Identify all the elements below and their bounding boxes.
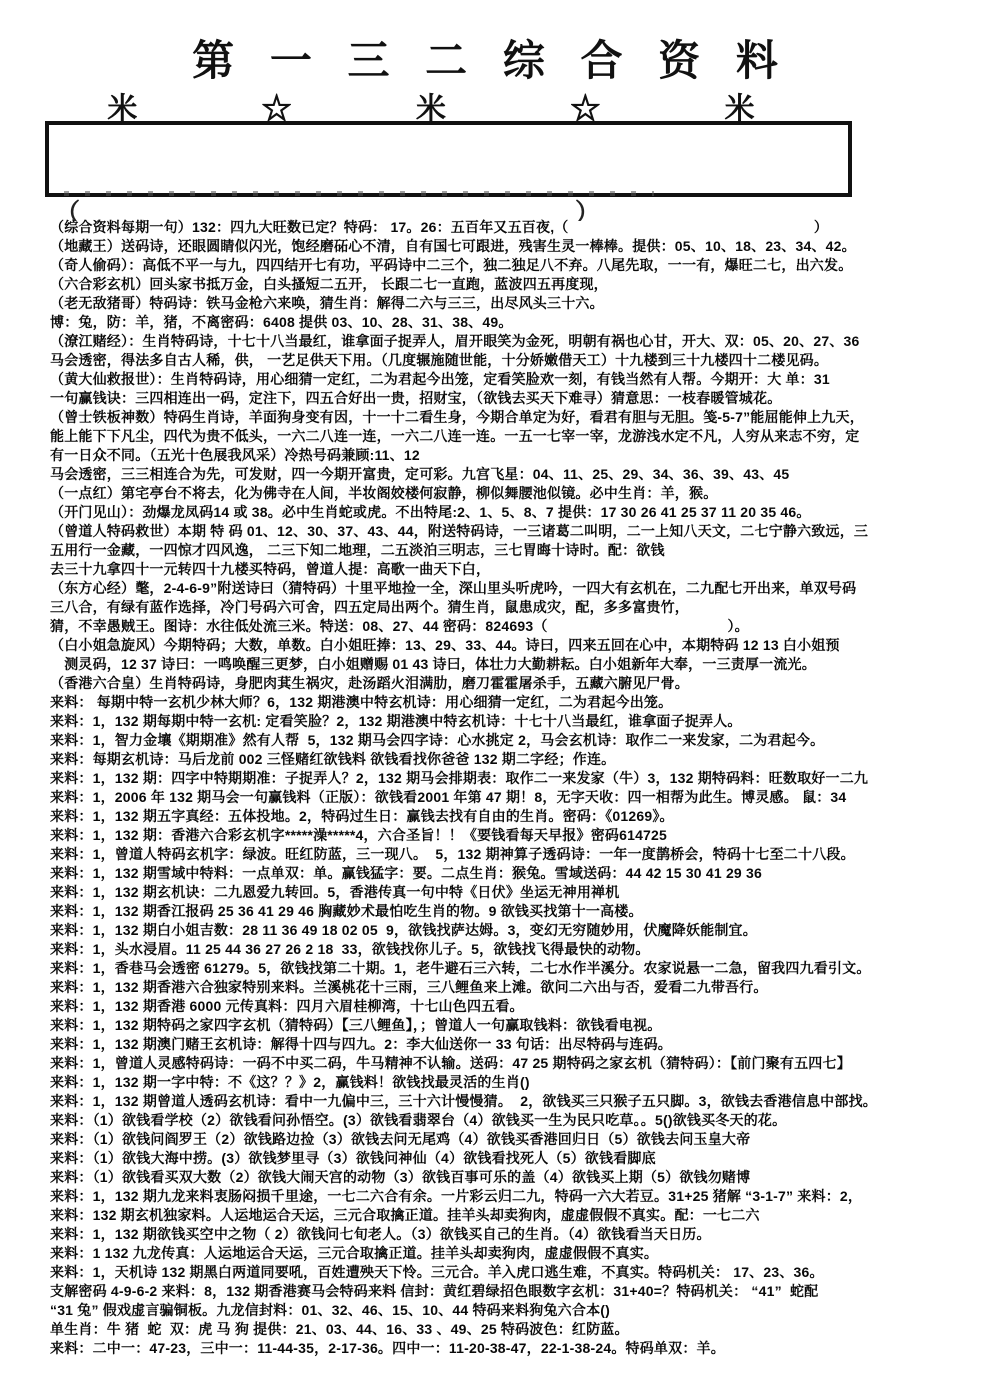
text-line: 来料：1，132 期欲钱买空中之物（ 2）欲钱问七旬老人。（3）欲钱买自己的生肖… bbox=[50, 1225, 962, 1244]
text-line: （开门见山）：劲爆龙凤码14 或 38。必中生肖蛇或虎。不出特尾:2、1、5、8… bbox=[50, 503, 962, 522]
text-line: 来料：1，头水浸眉。11 25 44 36 27 26 2 18 33，欲钱找你… bbox=[50, 940, 962, 959]
text-line: 五用行一金藏，一四惊才四风逸， 二三下知二地理，二五淡泊三明志，三七胃晦十诗时。… bbox=[50, 541, 962, 560]
text-line: 来料：132 期玄机独家料。人运地运合天运，三元合取擒正道。挂羊头却卖狗肉，虚虚… bbox=[50, 1206, 962, 1225]
cropped-text-remnant: （ ） bbox=[55, 193, 600, 221]
cropped-left-paren: （ bbox=[55, 193, 80, 221]
text-line: 来料：1，132 期：香港六合彩玄机字*****澡*****4，六合圣旨！！《要… bbox=[50, 826, 962, 845]
text-line: 来料：1，132 期香港六合独家特别来料。兰溪桃花十三雨，三八鲤鱼来上滩。欲问二… bbox=[50, 978, 962, 997]
text-line: 来料：1，智力金壤《期期准》然有人帮 5，132 期马会四字诗：心水挑定 2，马… bbox=[50, 731, 962, 750]
text-line: 来料：1，132 期一字中特：不《这？？》2，赢钱料！欲钱找最灵活的生肖() bbox=[50, 1073, 962, 1092]
text-line: 博：兔，防：羊，猪，不离密码：6408 提供 03、10、28、31、38、49… bbox=[50, 313, 962, 332]
decor-symbols: 米 ☆ 米 ☆ 米 bbox=[0, 84, 920, 128]
text-line: 来料：（1）欲钱看买双大数（2）欲钱大闹天宫的动物（3）欲钱百事可乐的盖（4）欲… bbox=[50, 1168, 962, 1187]
text-line: （地藏王）送码诗，还眼圆睛似闪光，饱经磨砳心不清，自有国七可跟进，残害生灵一棒棒… bbox=[50, 237, 962, 256]
text-line: （综合资料每期一句）132：四九大旺数已定？特码： 17。26：五百年又五百夜,… bbox=[50, 218, 962, 237]
text-line: 来料：1，132 期香港 6000 元传真料：四月六眉桂柳湾，十七山色四五看。 bbox=[50, 997, 962, 1016]
text-line: 来料：1，132 期曾道人透码玄机诗：看中一九偏中三，三十六计慢慢猜。 2，欲钱… bbox=[50, 1092, 962, 1111]
text-line: 来料：每期玄机诗：马后龙前 002 三怪赌红欲钱料 欲钱看找你爸爸 132 期二… bbox=[50, 750, 962, 769]
text-line: 来料：1，香巷马会透密 61279。5，欲钱找第二十期。1，老牛避石三六转，二七… bbox=[50, 959, 962, 978]
text-line: 来料：1，曾道人特码玄机字：绿波。旺红防蓝，三一现八。 5，132 期神算子透码… bbox=[50, 845, 962, 864]
text-line: 能上能下下凡尘，四代为贵不低头，一六二八连一连，一六二八连一连。一五一七宰一宰，… bbox=[50, 427, 962, 446]
text-line: 来料：1 132 九龙传真：人运地运合天运，三元合取擒正道。挂羊头却卖狗肉，虚虚… bbox=[50, 1244, 962, 1263]
text-line: 来料：1，曾道人灵感特码诗：一码不中买二码，牛马精神不认输。送码：47 25 期… bbox=[50, 1054, 962, 1073]
text-line: 一句赢钱诀：三四相连出一码，定注下，四五合好出一贵，招财宝，（欲钱去买天下难寻）… bbox=[50, 389, 962, 408]
page-title: 第 一 三 二 综 合 资 料 bbox=[0, 28, 982, 88]
text-line: （潦江赌经）：生肖特码诗，十七十八当最红，谁拿面子捉弄人，眉开眼笑为金死，明朝有… bbox=[50, 332, 962, 351]
text-line: 来料：二中一：47-23，三中一：11-44-35，2-17-36。四中一：11… bbox=[50, 1339, 962, 1358]
text-line: 来料：1，132 期：四字中特期期准：子捉弄人？2，132 期马会排期表：取作二… bbox=[50, 769, 962, 788]
text-line: 测灵码，12 37 诗曰：一鸣唤醒三更梦，白小姐赠赐 01 43 诗曰，体壮力大… bbox=[50, 655, 962, 674]
text-body: （综合资料每期一句）132：四九大旺数已定？特码： 17。26：五百年又五百夜,… bbox=[50, 218, 962, 1358]
text-line: 来料：1，132 期每期中特一玄机: 定看笑脸？2，132 期港澳中特玄机诗：十… bbox=[50, 712, 962, 731]
text-line: 来料：1，132 期澳门赌王玄机诗：解得十四与四九。2：李大仙送你一 33 句话… bbox=[50, 1035, 962, 1054]
text-line: 来料：1，132 期九龙来料衷肠闷损千里途，一七二六合有余。一片彩云归二九，特码… bbox=[50, 1187, 962, 1206]
text-line: 猜，不幸愚贼王。图诗：水往低处流三米。特送：08、27、44 密码：824693… bbox=[50, 617, 962, 636]
text-line: 来料：1，天机诗 132 期黑白两道同要吼，百姓遭殃天下怜。三元合。羊入虎口逃生… bbox=[50, 1263, 962, 1282]
text-line: 三八合，有绿有蓝作选择，冷门号码六可舍，四五定局出两个。猜生肖，鼠患成灾，配，多… bbox=[50, 598, 962, 617]
text-line: 来料：（1）欲钱问阎罗王（2）欲钱路边捡（3）欲钱去问无尾鸡（4）欲钱买香港回归… bbox=[50, 1130, 962, 1149]
text-line: 来料：1，2006 年 132 期马会一句赢钱料（正版）：欲钱看2001 年第 … bbox=[50, 788, 962, 807]
text-line: （老无敌猪哥）特码诗：铁马金枪六来唤，猜生肖：解得二六与三三，出尽风头三十六。 bbox=[50, 294, 962, 313]
text-line: （白小姐急旋风）今期特码；大数，单数。白小姐旺捧：13、29、33、44。诗曰，… bbox=[50, 636, 962, 655]
text-line: （东方心经）氅，2-4-6-9”附送诗曰（猜特码）十里平地捡一全，深山里头听虎吟… bbox=[50, 579, 962, 598]
text-line: “31 兔” 假戏虚言骗铜板。九龙信封料：01、32、46、15、10、44 特… bbox=[50, 1301, 962, 1320]
text-line: 来料： 每期中特一玄机少林大师？6，132 期港澳中特玄机诗：用心细猜一定红，二… bbox=[50, 693, 962, 712]
text-line: 支解密码 4-9-6-2 来料：8，132 期香港赛马会特码来料 信封：黄红碧绿… bbox=[50, 1282, 962, 1301]
text-line: （奇人偷码）：高低不平一与九，四四结开七有功，平码诗中二三个，独二独足八不弃。八… bbox=[50, 256, 962, 275]
text-line: 来料：1，132 期香江报码 25 36 41 29 46 胸藏妙术最怕吃生肖的… bbox=[50, 902, 962, 921]
text-line: 来料：1，132 期特码之家四字玄机（猜特码）【三八鲤鱼】，；曾道人一句赢取钱料… bbox=[50, 1016, 962, 1035]
text-line: 马会透密，三三相连合为先，可发财，四一今期开富贵，定可彩。九宫飞星：04、11、… bbox=[50, 465, 962, 484]
text-line: 单生肖：牛 猪 蛇 双：虎 马 狗 提供：21、03、44、16、33 、49、… bbox=[50, 1320, 962, 1339]
text-line: 来料：1，132 期白小姐吉数：28 11 36 49 18 02 05 9，欲… bbox=[50, 921, 962, 940]
text-line: 来料：（1）欲钱看学校（2）欲钱看问孙悟空。(3）欲钱看翡翠台（4）欲钱买一生为… bbox=[50, 1111, 962, 1130]
text-line: 来料：1，132 期玄机诀：二九恩爱九转回。5，香港传真一句中特《日伏》坐运无神… bbox=[50, 883, 962, 902]
text-line: （曾道人特码救世）本期 特 码 01、12、30、37、43、44，附送特码诗，… bbox=[50, 522, 962, 541]
text-line: （香港六合皇）生肖特码诗，身肥肉萁生祸灾，赴汤蹈火泪满肋，磨刀霍霍屠杀手，五藏六… bbox=[50, 674, 962, 693]
text-line: 马会透密，得法多自古人稀，供， 一艺足供天下用。（几度辗施随世能，十分娇嫩借天工… bbox=[50, 351, 962, 370]
text-line: 来料：1，132 期五字真经：五体投地。2，特码过生日：赢钱去找有自由的生肖。密… bbox=[50, 807, 962, 826]
text-line: （曾士铁板神数）特码生肖诗，羊面狗身变有因，十一十二看生身，今期合单定为好，看君… bbox=[50, 408, 962, 427]
text-line: 有一日众不同。（五光十色展我风采）冷热号码兼顾:11、12 bbox=[50, 446, 962, 465]
cropped-right-paren: ） bbox=[575, 193, 600, 221]
text-line: 来料：1，132 期雪域中特料：一点单双：单。赢钱猛字：要。二点生肖：猴兔。雪域… bbox=[50, 864, 962, 883]
text-line: 来料：（1）欲钱大海中捞。(3）欲钱梦里寻（3）欲钱问神仙（4）欲钱看找死人（5… bbox=[50, 1149, 962, 1168]
text-line: （一点红）第宅亭台不将去，化为佛寺在人间，半妆阁姣楼何寂静，柳似舞腰池似镜。必中… bbox=[50, 484, 962, 503]
text-line: （黄大仙救报世）：生肖特码诗，用心细猜一定红，二为君起今出笼，定看笑脸欢一刻，有… bbox=[50, 370, 962, 389]
text-line: 去三十九拿四十一元转四十九楼买特码，曾道人提：高歌一曲天下白， bbox=[50, 560, 962, 579]
text-line: （六合彩玄机）回头家书抵万金，白头搔短二五开， 长跟二七一直跑，蓝波四五再度现， bbox=[50, 275, 962, 294]
smudge-marks bbox=[64, 191, 654, 196]
header-box bbox=[45, 121, 852, 197]
